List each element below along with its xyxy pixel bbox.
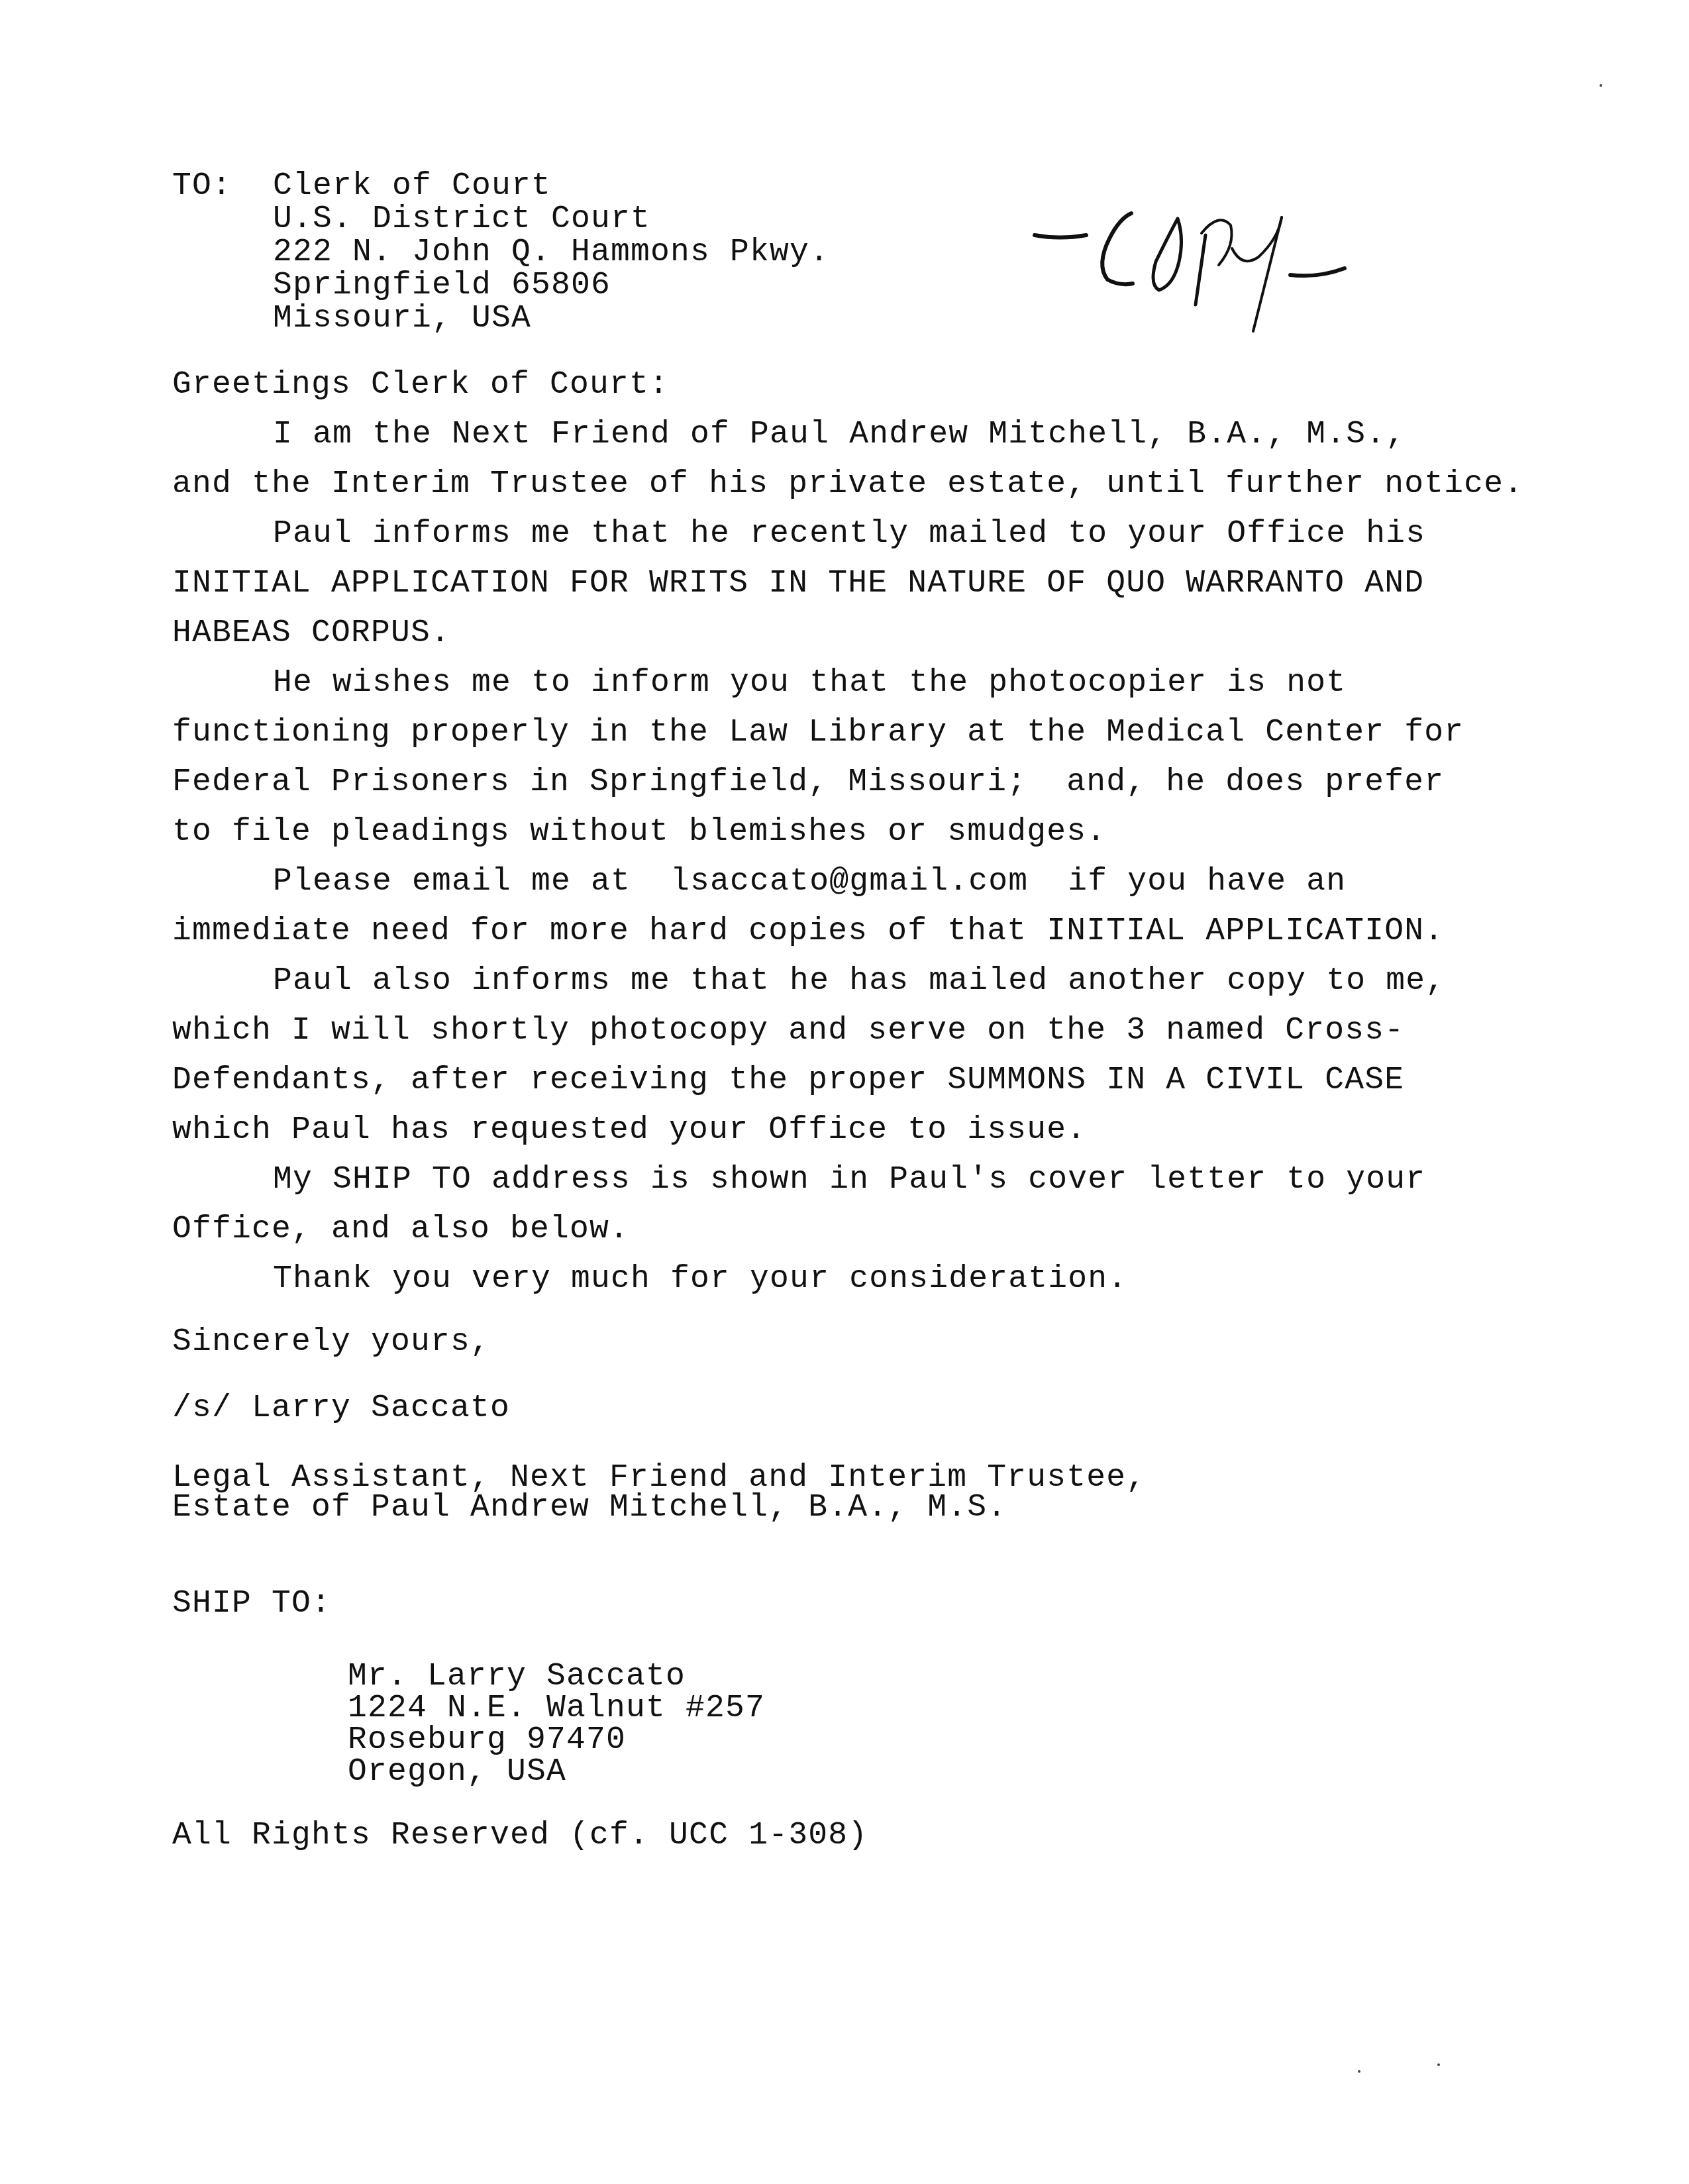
- body-line: Federal Prisoners in Springfield, Missou…: [172, 765, 1444, 800]
- ship-to-name: Mr. Larry Saccato: [348, 1659, 686, 1694]
- body-line: My SHIP TO address is shown in Paul's co…: [273, 1163, 1425, 1197]
- to-label: TO:: [172, 169, 232, 203]
- salutation: Greetings Clerk of Court:: [172, 368, 669, 402]
- ship-to-city: Roseburg 97470: [348, 1723, 626, 1757]
- body-line: He wishes me to inform you that the phot…: [273, 666, 1346, 700]
- body-line: Office, and also below.: [172, 1212, 629, 1247]
- email-trail-text: if you have an: [1028, 864, 1346, 900]
- ship-to-label: SHIP TO:: [172, 1586, 331, 1621]
- body-line: Thank you very much for your considerati…: [273, 1262, 1127, 1296]
- email-address-link[interactable]: lsaccato@gmail.com: [670, 864, 1028, 900]
- signature: /s/ Larry Saccato: [172, 1391, 510, 1426]
- body-line: functioning properly in the Law Library …: [172, 715, 1464, 750]
- body-line: immediate need for more hard copies of t…: [172, 914, 1444, 949]
- ship-to-state: Oregon, USA: [348, 1755, 566, 1789]
- closing: Sincerely yours,: [172, 1325, 490, 1359]
- to-line-state: Missouri, USA: [273, 301, 531, 336]
- email-lead-text: Please email me at: [273, 864, 670, 900]
- body-line: Paul informs me that he recently mailed …: [273, 517, 1425, 551]
- letter-page: TO: Clerk of Court U.S. District Court 2…: [0, 0, 1689, 2184]
- body-line: which Paul has requested your Office to …: [172, 1113, 1086, 1147]
- body-line: INITIAL APPLICATION FOR WRITS IN THE NAT…: [172, 566, 1424, 601]
- scan-speck: [1437, 2063, 1440, 2066]
- body-line: Paul also informs me that he has mailed …: [273, 964, 1445, 998]
- signature-title-line: Estate of Paul Andrew Mitchell, B.A., M.…: [172, 1490, 1007, 1525]
- body-line: I am the Next Friend of Paul Andrew Mitc…: [273, 417, 1406, 452]
- body-line: Defendants, after receiving the proper S…: [172, 1063, 1404, 1098]
- to-line-clerk: Clerk of Court: [273, 169, 551, 203]
- handwritten-copy-mark: [1020, 199, 1497, 338]
- body-line: and the Interim Trustee of his private e…: [172, 467, 1523, 501]
- to-line-street: 222 N. John Q. Hammons Pkwy.: [273, 235, 829, 270]
- body-line: which I will shortly photocopy and serve…: [172, 1014, 1404, 1048]
- rights-reserved: All Rights Reserved (cf. UCC 1-308): [172, 1818, 868, 1853]
- body-line: to file pleadings without blemishes or s…: [172, 815, 1106, 849]
- ship-to-street: 1224 N.E. Walnut #257: [348, 1691, 765, 1726]
- email-line: Please email me at lsaccato@gmail.com if…: [273, 864, 1346, 899]
- body-line: HABEAS CORPUS.: [172, 616, 450, 650]
- to-line-court: U.S. District Court: [273, 202, 650, 236]
- scan-speck: [1358, 2070, 1360, 2073]
- scan-speck: [1600, 84, 1602, 87]
- to-line-city: Springfield 65806: [273, 268, 611, 303]
